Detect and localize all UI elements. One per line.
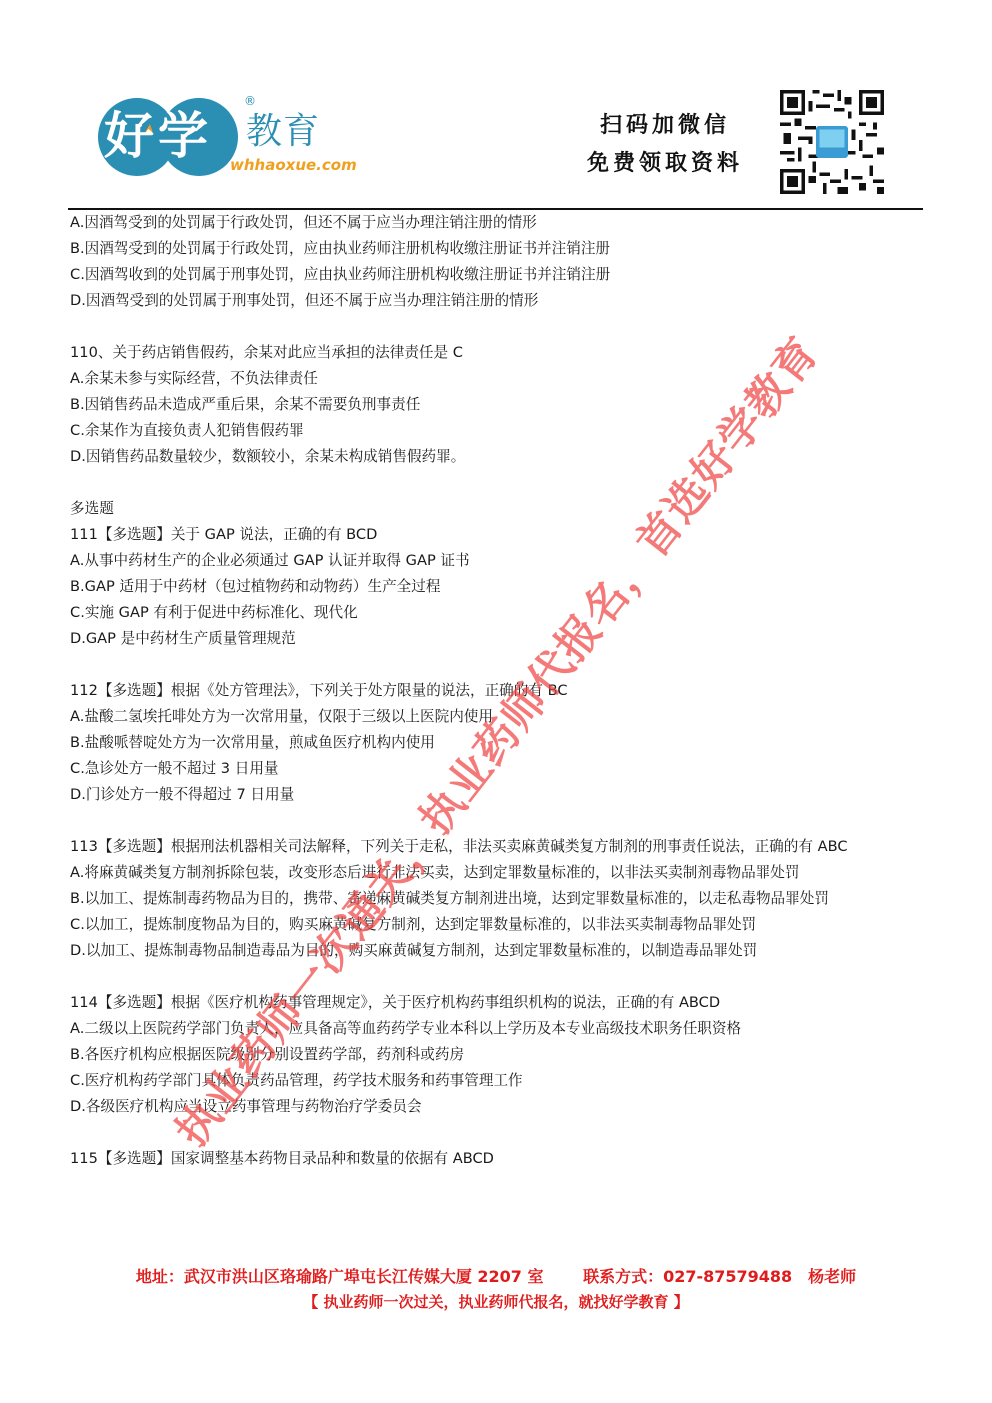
document-body: A.因酒驾受到的处罚属于行政处罚，但还不属于应当办理注销注册的情形 B.因酒驾受… — [70, 210, 925, 1172]
option-d: D.各级医疗机构应当设立药事管理与药物治疗学委员会 — [70, 1094, 925, 1120]
option-a: A.余某未参与实际经营，不负法律责任 — [70, 366, 925, 392]
logo-url: whhaoxue.com — [230, 156, 357, 174]
question-title: 112【多选题】根据《处方管理法》，下列关于处方限量的说法，正确的有 BC — [70, 678, 925, 704]
question-title: 113【多选题】根据刑法机器相关司法解释，下列关于走私，非法买卖麻黄碱类复方制剂… — [70, 834, 925, 860]
question-title: 115【多选题】国家调整基本药物目录品种和数量的依据有 ABCD — [70, 1146, 925, 1172]
document-page: 好学 ® 教育 whhaoxue.com 扫码加微信 免费领取资料 — [0, 0, 992, 1403]
footer-contact-line: 地址：武汉市洪山区珞瑜路广埠屯长江传媒大厦 2207 室 联系方式：027-87… — [0, 1265, 992, 1289]
question-111: 111【多选题】关于 GAP 说法，正确的有 BCD A.从事中药材生产的企业必… — [70, 522, 925, 652]
question-title: 110、关于药店销售假药，余某对此应当承担的法律责任是 C — [70, 340, 925, 366]
option-a: A.盐酸二氢埃托啡处方为一次常用量，仅限于三级以上医院内使用 — [70, 704, 925, 730]
option-b: B.因酒驾受到的处罚属于行政处罚，应由执业药师注册机构收缴注册证书并注销注册 — [70, 236, 925, 262]
option-c: C.因酒驾收到的处罚属于刑事处罚，应由执业药师注册机构收缴注册证书并注销注册 — [70, 262, 925, 288]
option-d: D.GAP 是中药材生产质量管理规范 — [70, 626, 925, 652]
option-c: C.医疗机构药学部门具体负责药品管理，药学技术服务和药事管理工作 — [70, 1068, 925, 1094]
option-a: A.二级以上医院药学部门负责人，应具备高等血药药学专业本科以上学历及本专业高级技… — [70, 1016, 925, 1042]
option-c: C.实施 GAP 有利于促进中药标准化、现代化 — [70, 600, 925, 626]
question-112: 112【多选题】根据《处方管理法》，下列关于处方限量的说法，正确的有 BC A.… — [70, 678, 925, 808]
footer-address: 地址：武汉市洪山区珞瑜路广埠屯长江传媒大厦 2207 室 — [136, 1267, 544, 1286]
page-footer: 地址：武汉市洪山区珞瑜路广埠屯长江传媒大厦 2207 室 联系方式：027-87… — [0, 1265, 992, 1315]
option-a: A.将麻黄碱类复方制剂拆除包装，改变形态后进行非法买卖，达到定罪数量标准的，以非… — [70, 860, 925, 886]
section-heading: 多选题 — [70, 496, 925, 522]
option-d: D.门诊处方一般不得超过 7 日用量 — [70, 782, 925, 808]
question-title: 114【多选题】根据《医疗机构药事管理规定》，关于医疗机构药事组织机构的说法，正… — [70, 990, 925, 1016]
option-d: D.因酒驾受到的处罚属于刑事处罚，但还不属于应当办理注销注册的情形 — [70, 288, 925, 314]
option-b: B.各医疗机构应根据医院级别分别设置药学部，药剂科或药房 — [70, 1042, 925, 1068]
question-title: 111【多选题】关于 GAP 说法，正确的有 BCD — [70, 522, 925, 548]
option-b: B.GAP 适用于中药材（包过植物药和动物药）生产全过程 — [70, 574, 925, 600]
option-b: B.以加工、提炼制毒药物品为目的，携带、寄递麻黄碱类复方制剂进出境，达到定罪数量… — [70, 886, 925, 912]
option-c: C.余某作为直接负责人犯销售假药罪 — [70, 418, 925, 444]
registered-mark: ® — [244, 94, 256, 108]
promo-line-1: 扫码加微信 — [575, 106, 755, 144]
question-115: 115【多选题】国家调整基本药物目录品种和数量的依据有 ABCD — [70, 1146, 925, 1172]
option-b: B.盐酸哌替啶处方为一次常用量，煎咸鱼医疗机构内使用 — [70, 730, 925, 756]
logo-sub-text: 教育 — [246, 112, 320, 152]
qr-code-icon — [780, 90, 884, 194]
footer-slogan: 【 执业药师一次过关，执业药师代报名，就找好学教育 】 — [0, 1289, 992, 1315]
option-a: A.从事中药材生产的企业必须通过 GAP 认证并取得 GAP 证书 — [70, 548, 925, 574]
footer-phone: 联系方式：027-87579488 杨老师 — [583, 1267, 856, 1286]
option-c: C.急诊处方一般不超过 3 日用量 — [70, 756, 925, 782]
haoxue-logo: 好学 ® 教育 whhaoxue.com — [98, 98, 358, 188]
option-b: B.因销售药品未造成严重后果，余某不需要负刑事责任 — [70, 392, 925, 418]
option-c: C.以加工，提炼制度物品为目的，购买麻黄碱复方制剂，达到定罪数量标准的，以非法买… — [70, 912, 925, 938]
question-110: 110、关于药店销售假药，余某对此应当承担的法律责任是 C A.余某未参与实际经… — [70, 340, 925, 470]
promo-line-2: 免费领取资料 — [575, 144, 755, 182]
question-113: 113【多选题】根据刑法机器相关司法解释，下列关于走私，非法买卖麻黄碱类复方制剂… — [70, 834, 925, 964]
question-109-options: A.因酒驾受到的处罚属于行政处罚，但还不属于应当办理注销注册的情形 B.因酒驾受… — [70, 210, 925, 314]
wechat-promo: 扫码加微信 免费领取资料 — [575, 106, 755, 182]
question-114: 114【多选题】根据《医疗机构药事管理规定》，关于医疗机构药事组织机构的说法，正… — [70, 990, 925, 1120]
option-d: D.因销售药品数量较少，数额较小，余某未构成销售假药罪。 — [70, 444, 925, 470]
option-d: D.以加工、提炼制毒物品制造毒品为目的，购买麻黄碱复方制剂，达到定罪数量标准的，… — [70, 938, 925, 964]
option-a: A.因酒驾受到的处罚属于行政处罚，但还不属于应当办理注销注册的情形 — [70, 210, 925, 236]
logo-main-text: 好学 — [104, 108, 212, 164]
